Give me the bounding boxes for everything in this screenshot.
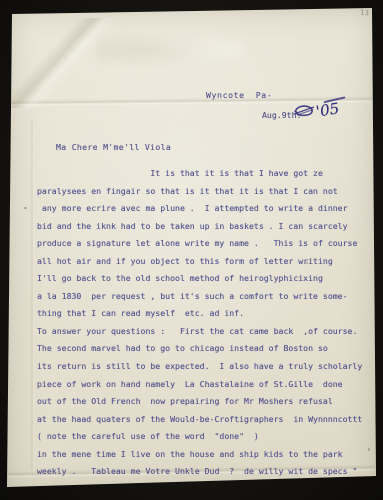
- letter-body-line: any more ecrire avec ma plune . I attemp…: [37, 200, 362, 218]
- letter-body-line: It is that it is that I have got ze: [37, 165, 362, 183]
- fold-crease-vertical: [30, 120, 35, 470]
- letter-body-line: To answer your questions : First the cat…: [37, 323, 362, 341]
- handwritten-year-text: '05: [315, 99, 341, 120]
- letter-body-line: ( note the careful use of the word "done…: [37, 428, 362, 446]
- letter-body-line: thing that I can read myself etc. ad inf…: [37, 305, 362, 323]
- letter-body-line: I'll go back to the old school method of…: [37, 270, 362, 288]
- letter-body-line: produce a signature let alone write my n…: [37, 235, 362, 253]
- letter-body-line: at the haad quaters of the Would-be-Crof…: [37, 411, 362, 429]
- letter-body-line: weekly . Tableau me Votre Unkle Dud ? de…: [37, 463, 362, 481]
- letter-body-line: piece of work on hand namely La Chastala…: [37, 376, 362, 394]
- handwritten-year: '05: [315, 99, 341, 120]
- place-line: Wyncote Pa-: [206, 90, 272, 100]
- salutation: Ma Chere M'me'll Viola: [56, 142, 171, 152]
- letter-body-line: paralysees en fingair so that is it that…: [37, 183, 362, 201]
- letter-body-line: all hot air and if you object to this fo…: [37, 253, 362, 271]
- paper-speck: [368, 448, 370, 451]
- letter-body: It is that it is that I have got zeparal…: [37, 165, 362, 481]
- ink-scribble-strikeout: [292, 103, 318, 119]
- letter-body-line: in the mene time I live on the house and…: [37, 446, 362, 464]
- letter-body-line: its return is still to be expected. I al…: [37, 358, 362, 376]
- pencil-page-number: 13: [360, 9, 369, 18]
- letter-body-line: out of the Old French now prepairing for…: [37, 393, 362, 411]
- letter-body-line: bid and the iknk had to be taken up in b…: [37, 218, 362, 236]
- embossed-letterhead: [96, 30, 246, 70]
- paper-speck: [24, 207, 27, 209]
- letter-body-line: The second marvel had to go to chicago i…: [37, 340, 362, 358]
- fold-crease-diagonal: [0, 18, 114, 108]
- letter-body-line: a la 1830 per request , but it's such a …: [37, 288, 362, 306]
